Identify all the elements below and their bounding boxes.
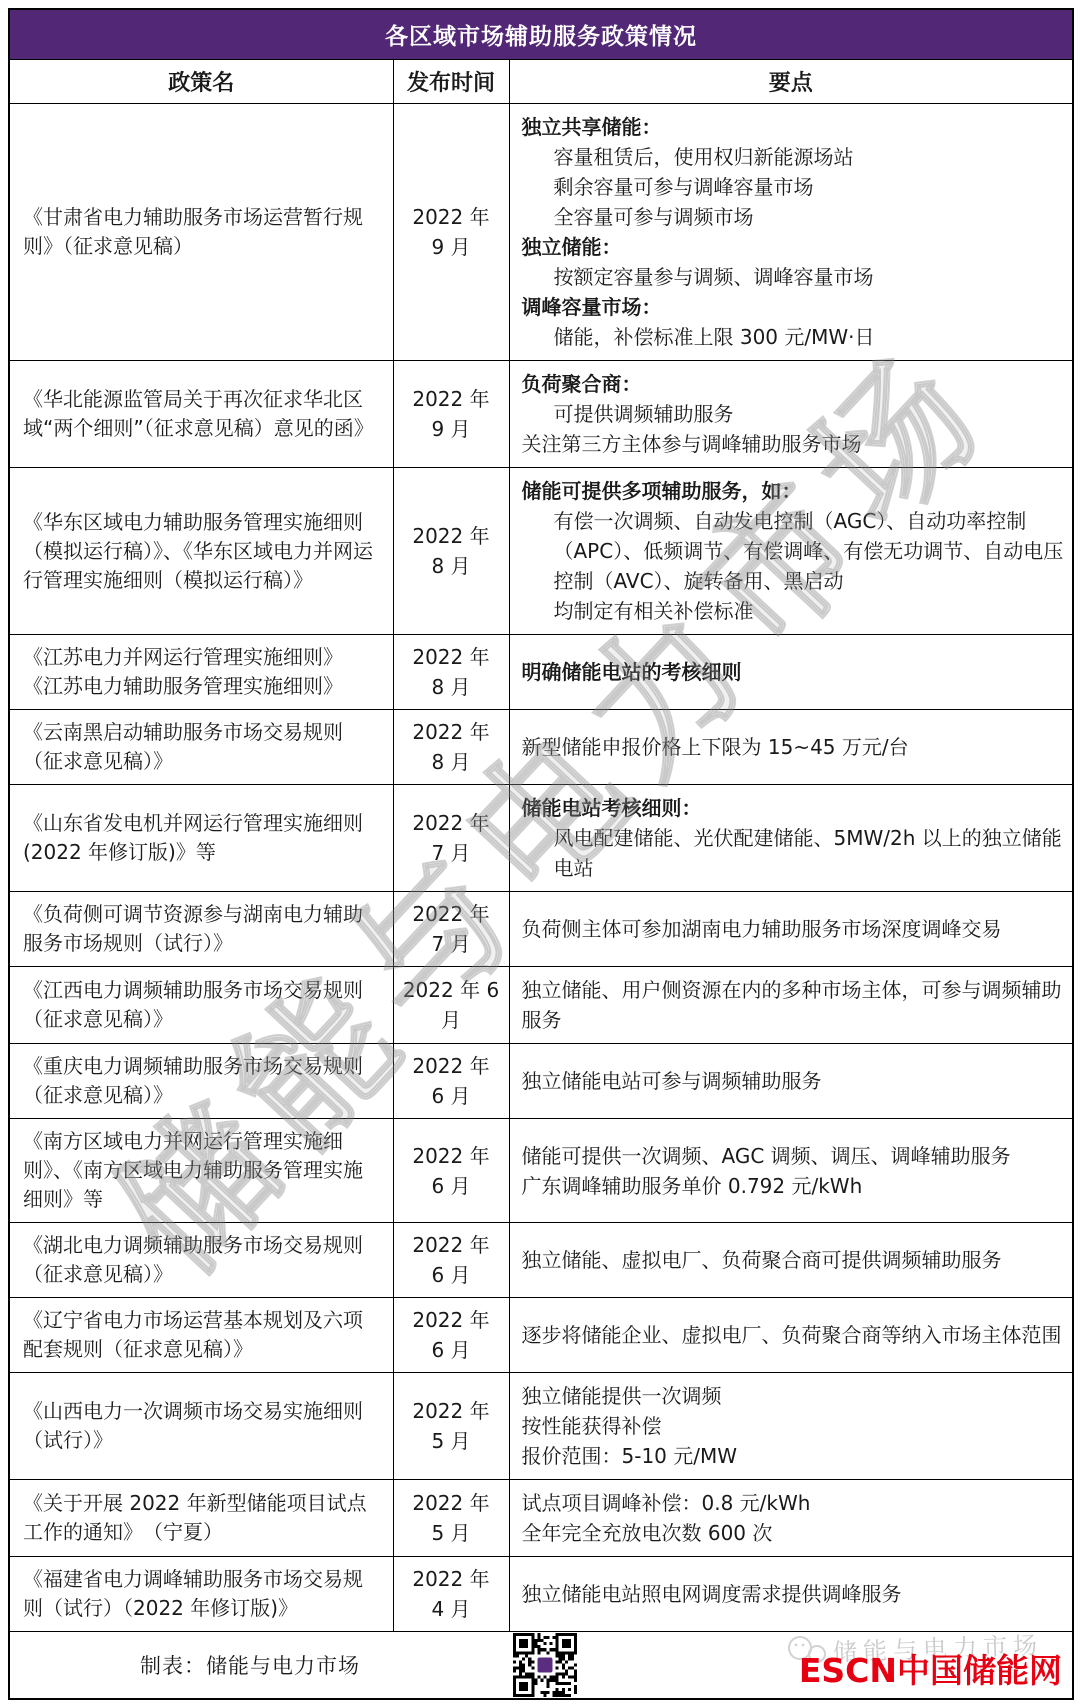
key-points-cell: 独立储能提供一次调频按性能获得补偿报价范围：5-10 元/MW [509, 1373, 1073, 1480]
policy-name-cell: 《福建省电力调峰辅助服务市场交易规则（试行）（2022 年修订版)》 [9, 1557, 393, 1632]
table-row: 《江西电力调频辅助服务市场交易规则（征求意见稿）》 2022 年 6月 独立储能… [9, 967, 1073, 1044]
key-point: 按额定容量参与调频、调峰容量市场 [522, 262, 1065, 292]
table-row: 《山西电力一次调频市场交易实施细则（试行）》 2022 年5 月 独立储能提供一… [9, 1373, 1073, 1480]
policy-name-cell: 《山西电力一次调频市场交易实施细则（试行）》 [9, 1373, 393, 1480]
key-points-cell: 新型储能申报价格上下限为 15~45 万元/台 [509, 710, 1073, 785]
date-line: 8 月 [396, 551, 507, 581]
date-line: 2022 年 [396, 1488, 507, 1518]
key-point: 有偿一次调频、自动发电控制（AGC）、自动功率控制（APC）、低频调节、有偿调峰… [522, 506, 1065, 596]
table-row: 《南方区域电力并网运行管理实施细则》、《南方区域电力辅助服务管理实施细则》等 2… [9, 1119, 1073, 1223]
key-point: 独立储能提供一次调频 [522, 1381, 1065, 1411]
publish-date-cell: 2022 年9 月 [393, 104, 509, 361]
policy-name-cell: 《湖北电力调频辅助服务市场交易规则（征求意见稿）》 [9, 1223, 393, 1298]
policy-name-cell: 《重庆电力调频辅助服务市场交易规则（征求意见稿）》 [9, 1044, 393, 1119]
key-point: 报价范围：5-10 元/MW [522, 1441, 1065, 1471]
date-line: 2022 年 [396, 1141, 507, 1171]
date-line: 2022 年 [396, 642, 507, 672]
date-line: 2022 年 [396, 1230, 507, 1260]
key-points-cell: 独立共享储能：容量租赁后，使用权归新能源场站剩余容量可参与调峰容量市场全容量可参… [509, 104, 1073, 361]
policy-name-cell: 《甘肃省电力辅助服务市场运营暂行规则》（征求意见稿） [9, 104, 393, 361]
key-point: 储能可提供多项辅助服务，如： [522, 476, 1065, 506]
key-point: 独立储能电站可参与调频辅助服务 [522, 1066, 1065, 1096]
policy-name-cell: 《辽宁省电力市场运营基本规划及六项配套规则（征求意见稿）》 [9, 1298, 393, 1373]
policy-name-cell: 《江苏电力并网运行管理实施细则》 《江苏电力辅助服务管理实施细则》 [9, 635, 393, 710]
date-line: 2022 年 [396, 808, 507, 838]
key-point: 广东调峰辅助服务单价 0.792 元/kWh [522, 1171, 1065, 1201]
key-point: 明确储能电站的考核细则 [522, 657, 1065, 687]
key-points-cell: 负荷聚合商：可提供调频辅助服务关注第三方主体参与调峰辅助服务市场 [509, 361, 1073, 468]
table-row: 《华北能源监管局关于再次征求华北区域“两个细则”（征求意见稿）意见的函》 202… [9, 361, 1073, 468]
title-row: 各区域市场辅助服务政策情况 [9, 9, 1073, 60]
publish-date-cell: 2022 年5 月 [393, 1373, 509, 1480]
policy-name-cell: 《华北能源监管局关于再次征求华北区域“两个细则”（征求意见稿）意见的函》 [9, 361, 393, 468]
table-row: 《负荷侧可调节资源参与湖南电力辅助服务市场规则（试行）》 2022 年7 月 负… [9, 892, 1073, 967]
date-line: 8 月 [396, 672, 507, 702]
date-line: 9 月 [396, 414, 507, 444]
table-row: 《甘肃省电力辅助服务市场运营暂行规则》（征求意见稿） 2022 年9 月 独立共… [9, 104, 1073, 361]
key-point: 全容量可参与调频市场 [522, 202, 1065, 232]
key-point: 独立储能电站照电网调度需求提供调峰服务 [522, 1579, 1065, 1609]
key-point: 独立储能、虚拟电厂、负荷聚合商可提供调频辅助服务 [522, 1245, 1065, 1275]
page: 储能与电力市场 各区域市场辅助服务政策情况 政策名 发布时间 要点 《甘肃省电力… [0, 0, 1080, 1708]
column-header-policy-name: 政策名 [9, 60, 393, 104]
date-line: 2022 年 [396, 521, 507, 551]
date-line: 7 月 [396, 929, 507, 959]
key-points-cell: 储能可提供一次调频、AGC 调频、调压、调峰辅助服务广东调峰辅助服务单价 0.7… [509, 1119, 1073, 1223]
key-point: 独立共享储能： [522, 112, 1065, 142]
key-point: 储能电站考核细则： [522, 793, 1065, 823]
publish-date-cell: 2022 年8 月 [393, 710, 509, 785]
key-points-cell: 独立储能电站照电网调度需求提供调峰服务 [509, 1557, 1073, 1632]
policy-name-cell: 《负荷侧可调节资源参与湖南电力辅助服务市场规则（试行）》 [9, 892, 393, 967]
date-line: 6 月 [396, 1171, 507, 1201]
key-points-cell: 试点项目调峰补偿：0.8 元/kWh全年完全充放电次数 600 次 [509, 1480, 1073, 1557]
key-point: 均制定有相关补偿标准 [522, 596, 1065, 626]
key-points-cell: 独立储能电站可参与调频辅助服务 [509, 1044, 1073, 1119]
table-row: 《福建省电力调峰辅助服务市场交易规则（试行）（2022 年修订版)》 2022 … [9, 1557, 1073, 1632]
date-line: 6 月 [396, 1081, 507, 1111]
table-row: 《江苏电力并网运行管理实施细则》 《江苏电力辅助服务管理实施细则》 2022 年… [9, 635, 1073, 710]
policy-name-cell: 《云南黑启动辅助服务市场交易规则（征求意见稿）》 [9, 710, 393, 785]
key-point: 可提供调频辅助服务 [522, 399, 1065, 429]
date-line: 8 月 [396, 747, 507, 777]
date-line: 7 月 [396, 838, 507, 868]
policy-name-cell: 《江西电力调频辅助服务市场交易规则（征求意见稿）》 [9, 967, 393, 1044]
key-points-cell: 储能电站考核细则：风电配建储能、光伏配建储能、5MW/2h 以上的独立储能电站 [509, 785, 1073, 892]
publish-date-cell: 2022 年6 月 [393, 1223, 509, 1298]
footer-row: 制表：储能与电力市场 储能与电力市场 E [9, 1632, 1073, 1700]
policy-name-cell: 《山东省发电机并网运行管理实施细则(2022 年修订版)》等 [9, 785, 393, 892]
publish-date-cell: 2022 年6 月 [393, 1119, 509, 1223]
policy-name-cell: 《华东区域电力辅助服务管理实施细则（模拟运行稿）》、《华东区域电力并网运行管理实… [9, 468, 393, 635]
footer-cell: 制表：储能与电力市场 储能与电力市场 E [9, 1632, 1073, 1700]
policy-name-cell: 《南方区域电力并网运行管理实施细则》、《南方区域电力辅助服务管理实施细则》等 [9, 1119, 393, 1223]
key-point: 储能可提供一次调频、AGC 调频、调压、调峰辅助服务 [522, 1141, 1065, 1171]
key-point: 试点项目调峰补偿：0.8 元/kWh [522, 1488, 1065, 1518]
publish-date-cell: 2022 年6 月 [393, 1298, 509, 1373]
table-title: 各区域市场辅助服务政策情况 [9, 9, 1073, 60]
publish-date-cell: 2022 年9 月 [393, 361, 509, 468]
key-point: 按性能获得补偿 [522, 1411, 1065, 1441]
publish-date-cell: 2022 年5 月 [393, 1480, 509, 1557]
key-point: 逐步将储能企业、虚拟电厂、负荷聚合商等纳入市场主体范围 [522, 1320, 1065, 1350]
date-line: 6 月 [396, 1260, 507, 1290]
footer: 制表：储能与电力市场 储能与电力市场 E [10, 1632, 1072, 1698]
column-header-row: 政策名 发布时间 要点 [9, 60, 1073, 104]
key-points-cell: 储能可提供多项辅助服务，如：有偿一次调频、自动发电控制（AGC）、自动功率控制（… [509, 468, 1073, 635]
key-point: 负荷侧主体可参加湖南电力辅助服务市场深度调峰交易 [522, 914, 1065, 944]
table-row: 《云南黑启动辅助服务市场交易规则（征求意见稿）》 2022 年8 月 新型储能申… [9, 710, 1073, 785]
key-point: 容量租赁后，使用权归新能源场站 [522, 142, 1065, 172]
table-row: 《湖北电力调频辅助服务市场交易规则（征求意见稿）》 2022 年6 月 独立储能… [9, 1223, 1073, 1298]
table-row: 《辽宁省电力市场运营基本规划及六项配套规则（征求意见稿）》 2022 年6 月 … [9, 1298, 1073, 1373]
date-line: 2022 年 [396, 202, 507, 232]
escn-logo-text: ESCN中国储能网 [799, 1651, 1062, 1690]
table-row: 《重庆电力调频辅助服务市场交易规则（征求意见稿）》 2022 年6 月 独立储能… [9, 1044, 1073, 1119]
key-points-cell: 逐步将储能企业、虚拟电厂、负荷聚合商等纳入市场主体范围 [509, 1298, 1073, 1373]
key-point: 剩余容量可参与调峰容量市场 [522, 172, 1065, 202]
column-header-key-points: 要点 [509, 60, 1073, 104]
date-line: 5 月 [396, 1518, 507, 1548]
date-line: 6 月 [396, 1335, 507, 1365]
key-point: 负荷聚合商： [522, 369, 1065, 399]
column-header-publish-date: 发布时间 [393, 60, 509, 104]
key-points-cell: 明确储能电站的考核细则 [509, 635, 1073, 710]
publish-date-cell: 2022 年4 月 [393, 1557, 509, 1632]
publish-date-cell: 2022 年6 月 [393, 1044, 509, 1119]
credit-text: 制表：储能与电力市场 [140, 1650, 360, 1680]
key-points-cell: 独立储能、虚拟电厂、负荷聚合商可提供调频辅助服务 [509, 1223, 1073, 1298]
date-line: 2022 年 [396, 1051, 507, 1081]
publish-date-cell: 2022 年 6月 [393, 967, 509, 1044]
key-points-cell: 负荷侧主体可参加湖南电力辅助服务市场深度调峰交易 [509, 892, 1073, 967]
date-line: 9 月 [396, 232, 507, 262]
date-line: 2022 年 [396, 717, 507, 747]
publish-date-cell: 2022 年8 月 [393, 468, 509, 635]
key-point: 储能，补偿标准上限 300 元/MW·日 [522, 322, 1065, 352]
date-line: 2022 年 [396, 384, 507, 414]
key-point: 关注第三方主体参与调峰辅助服务市场 [522, 429, 1065, 459]
publish-date-cell: 2022 年8 月 [393, 635, 509, 710]
publish-date-cell: 2022 年7 月 [393, 785, 509, 892]
date-line: 5 月 [396, 1426, 507, 1456]
key-point: 新型储能申报价格上下限为 15~45 万元/台 [522, 732, 1065, 762]
key-point: 调峰容量市场： [522, 292, 1065, 322]
date-line: 2022 年 [396, 899, 507, 929]
qr-code [513, 1633, 577, 1697]
policy-table: 各区域市场辅助服务政策情况 政策名 发布时间 要点 《甘肃省电力辅助服务市场运营… [8, 8, 1074, 1700]
table-row: 《关于开展 2022 年新型储能项目试点工作的通知》 （宁夏） 2022 年5 … [9, 1480, 1073, 1557]
date-line: 2022 年 6 [396, 975, 507, 1005]
key-point: 独立储能： [522, 232, 1065, 262]
publish-date-cell: 2022 年7 月 [393, 892, 509, 967]
escn-logo-block: 储能与电力市场 ESCN中国储能网 [799, 1645, 1072, 1692]
date-line: 2022 年 [396, 1305, 507, 1335]
key-point: 独立储能、用户侧资源在内的多种市场主体，可参与调频辅助服务 [522, 975, 1065, 1035]
table-row: 《华东区域电力辅助服务管理实施细则（模拟运行稿）》、《华东区域电力并网运行管理实… [9, 468, 1073, 635]
key-point: 风电配建储能、光伏配建储能、5MW/2h 以上的独立储能电站 [522, 823, 1065, 883]
key-point: 全年完全充放电次数 600 次 [522, 1518, 1065, 1548]
qr-code-image [513, 1633, 577, 1697]
date-line: 2022 年 [396, 1396, 507, 1426]
date-line: 月 [396, 1005, 507, 1035]
date-line: 2022 年 [396, 1564, 507, 1594]
table-row: 《山东省发电机并网运行管理实施细则(2022 年修订版)》等 2022 年7 月… [9, 785, 1073, 892]
key-points-cell: 独立储能、用户侧资源在内的多种市场主体，可参与调频辅助服务 [509, 967, 1073, 1044]
date-line: 4 月 [396, 1594, 507, 1624]
policy-name-cell: 《关于开展 2022 年新型储能项目试点工作的通知》 （宁夏） [9, 1480, 393, 1557]
